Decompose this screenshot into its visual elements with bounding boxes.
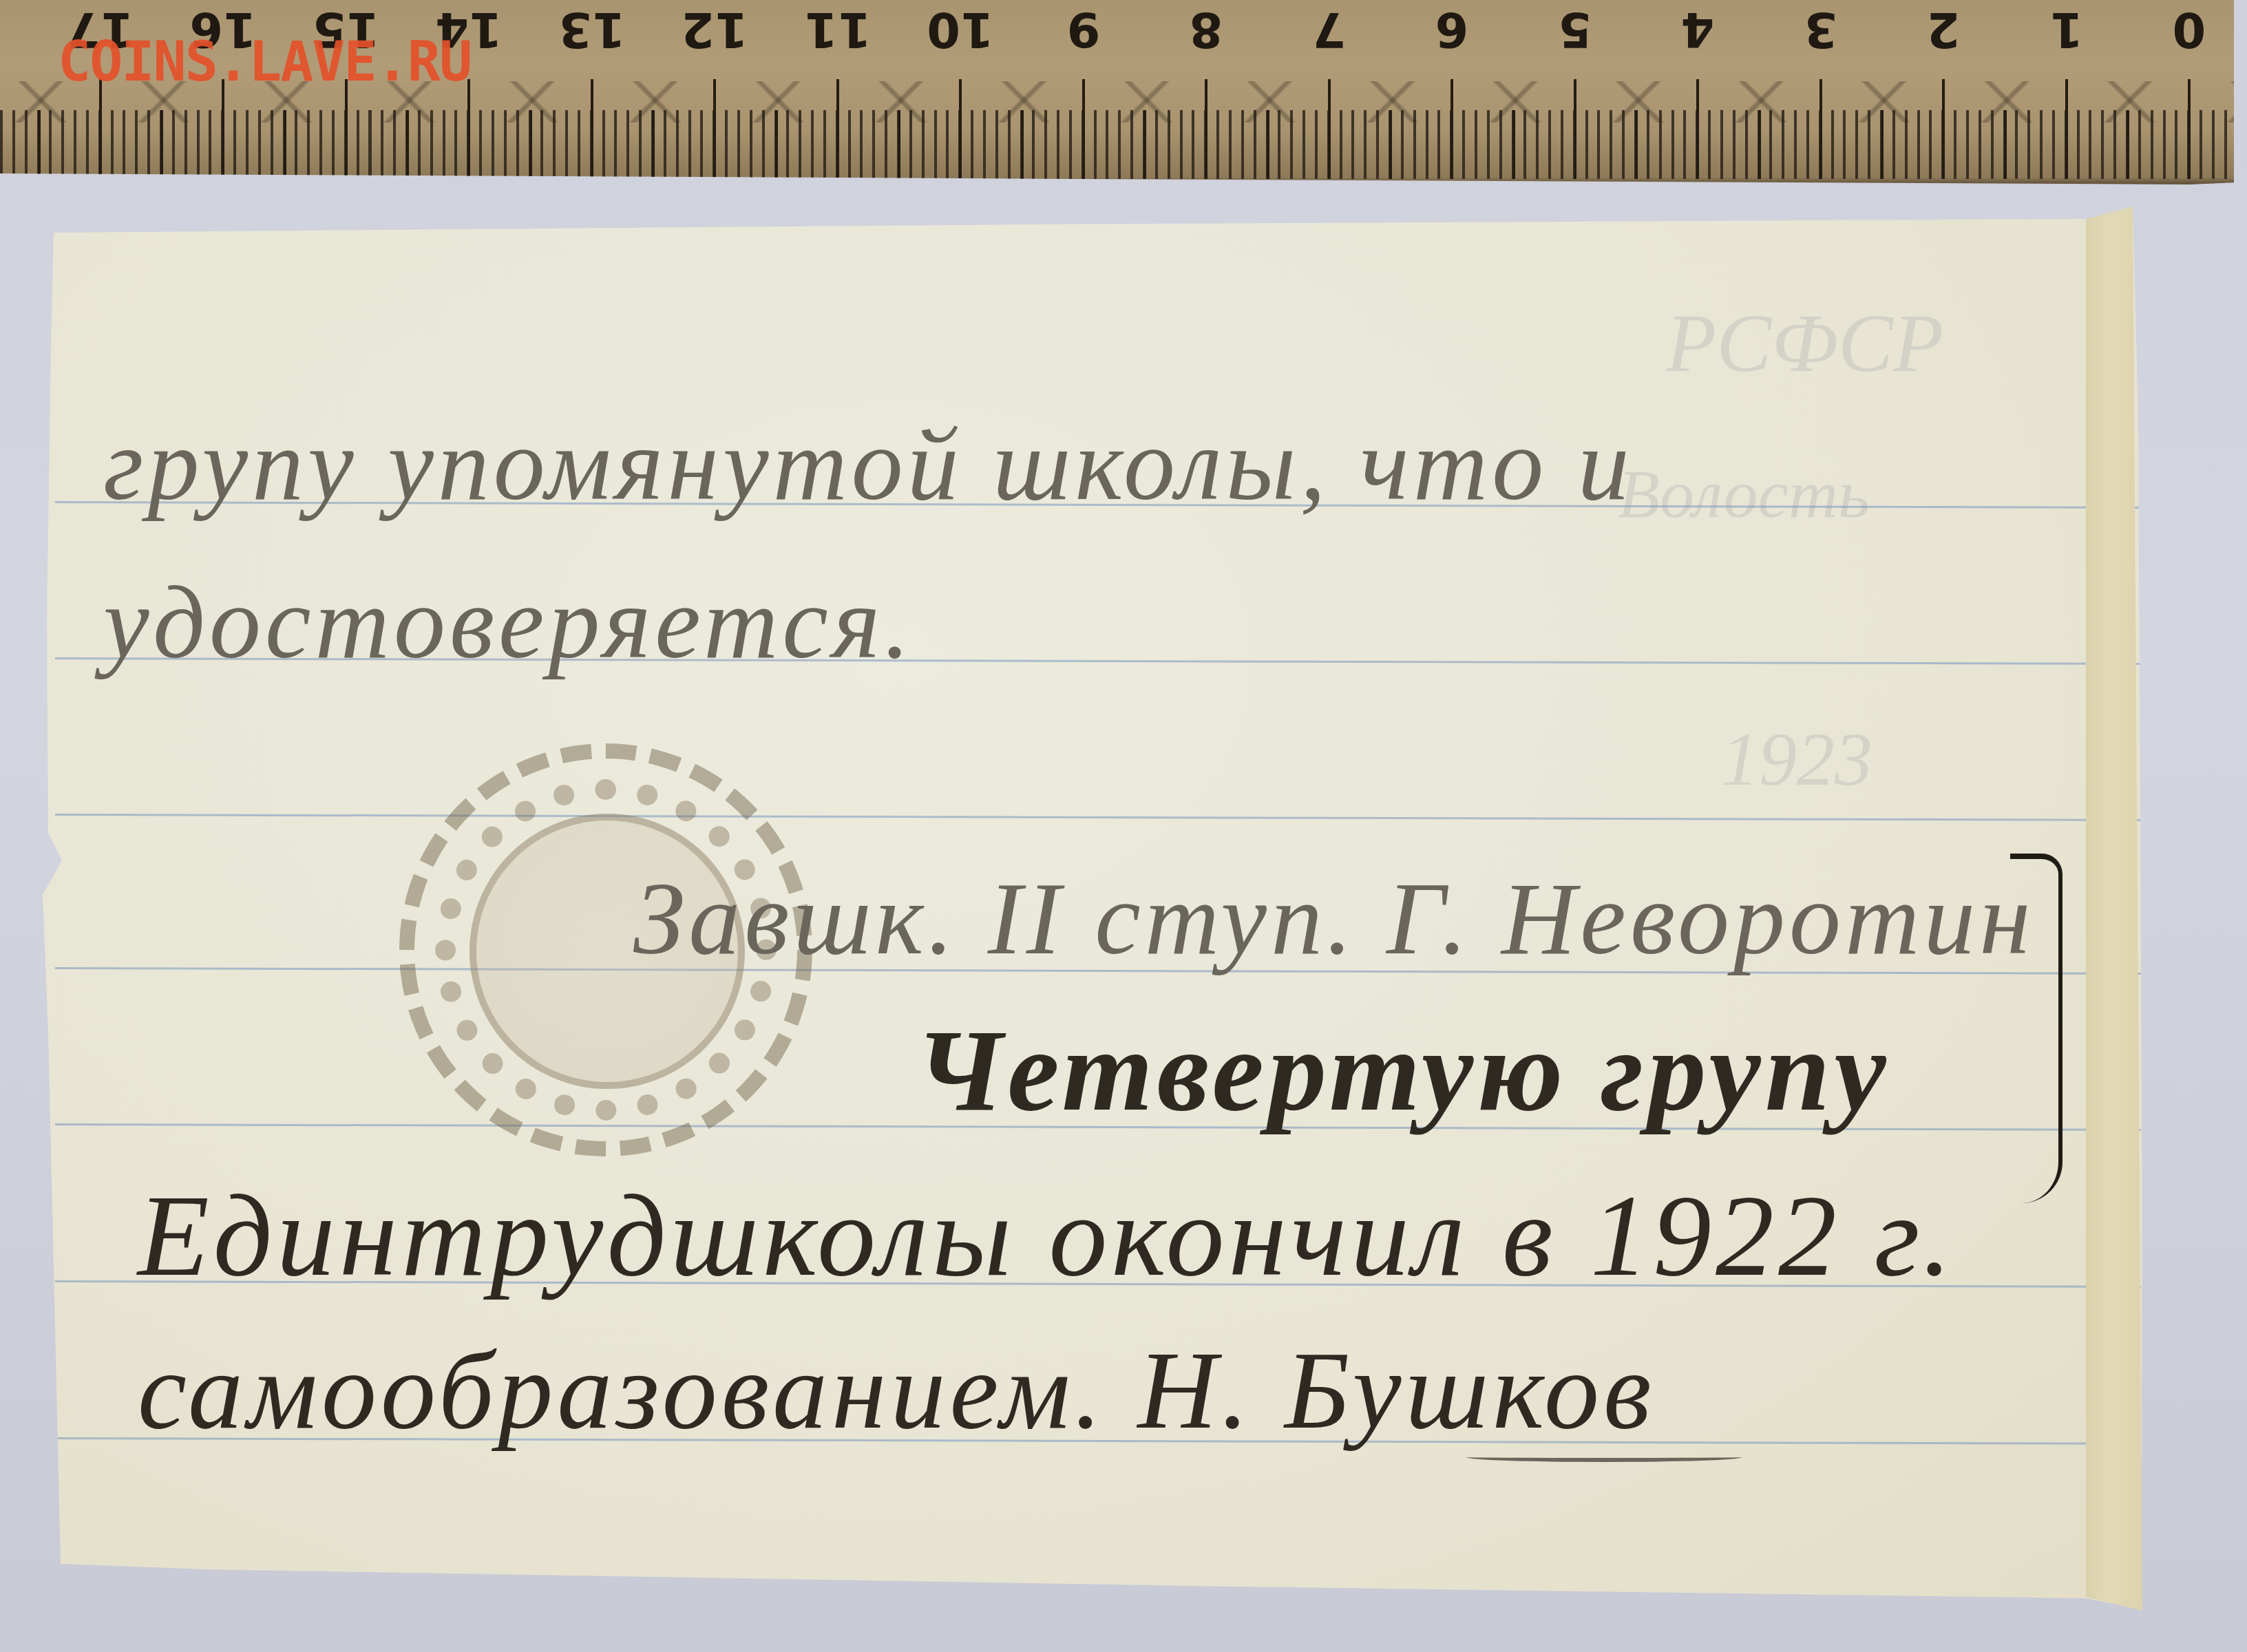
ruler-number: 6 bbox=[1417, 6, 1486, 54]
handwritten-line-5: Единтрудшколы окончил в 1922 г. bbox=[138, 1177, 1956, 1294]
ruled-line bbox=[55, 814, 2141, 821]
ruler-number: 13 bbox=[558, 6, 626, 54]
ruler-half-tick bbox=[406, 110, 409, 179]
ruler-number: 1 bbox=[2032, 6, 2101, 54]
ruler-half-tick bbox=[775, 110, 778, 179]
ruler-half-tick bbox=[2004, 110, 2007, 179]
ruler-half-tick bbox=[1758, 110, 1761, 179]
ruler-half-tick bbox=[1267, 110, 1269, 179]
ruler-number: 0 bbox=[2155, 6, 2224, 54]
ruler-major-tick bbox=[1082, 79, 1085, 179]
ruler-half-tick bbox=[1021, 110, 1024, 179]
ruler-major-tick bbox=[1819, 79, 1822, 179]
ruler-major-tick bbox=[2188, 79, 2191, 179]
ruler-number: 3 bbox=[1786, 6, 1855, 54]
ruler-major-tick bbox=[2065, 79, 2068, 179]
ruler-number: 7 bbox=[1295, 6, 1364, 54]
ruler-half-tick bbox=[38, 110, 41, 179]
ruler-major-tick bbox=[713, 79, 716, 179]
ruler-major-tick bbox=[1328, 79, 1331, 179]
ruler-half-tick bbox=[1512, 110, 1515, 179]
handwritten-line-2: удостоверяется. bbox=[103, 571, 914, 675]
ruler-half-tick bbox=[2127, 110, 2129, 179]
ruler-number: 8 bbox=[1172, 6, 1241, 54]
ruler-major-tick bbox=[1942, 79, 1945, 179]
paper-fold-edge bbox=[2086, 206, 2142, 1611]
ruler-number: 2 bbox=[1909, 6, 1978, 54]
handwritten-line-1: групу упомянутой школы, что и bbox=[103, 413, 1634, 516]
bleed-through-text: 1923 bbox=[1721, 716, 1873, 803]
ruler-number: 10 bbox=[926, 6, 995, 54]
ruler-number: 4 bbox=[1663, 6, 1732, 54]
ruler-number: 5 bbox=[1541, 6, 1610, 54]
signature-underline bbox=[1466, 1452, 1742, 1462]
ruler-major-tick bbox=[99, 79, 102, 179]
ruler-major-tick bbox=[1696, 79, 1699, 179]
ruler-major-tick bbox=[1205, 79, 1207, 179]
ruler-half-tick bbox=[1881, 110, 1884, 179]
signature-line-director: Завшк. II ступ. Г. Неворотин bbox=[633, 867, 2035, 971]
ruler-number: 11 bbox=[803, 6, 872, 54]
signature-flourish bbox=[2010, 854, 2063, 1203]
ruler-major-tick bbox=[467, 79, 470, 179]
ruler-major-tick bbox=[959, 79, 962, 179]
ruler-half-tick bbox=[898, 110, 900, 179]
ruler-half-tick bbox=[160, 110, 163, 179]
ruler-major-tick bbox=[1574, 79, 1576, 179]
ruler-number: 9 bbox=[1049, 6, 1118, 54]
ruler-major-tick bbox=[345, 79, 348, 179]
handwritten-line-6: самообразованием. Н. Бушков bbox=[138, 1335, 1656, 1445]
ruler-half-tick bbox=[1635, 110, 1638, 179]
watermark: COINS.LAVE.RU bbox=[58, 34, 471, 89]
ruler-half-tick bbox=[652, 110, 655, 179]
ruler-half-tick bbox=[1143, 110, 1146, 179]
bleed-through-text: РСФСР bbox=[1666, 296, 1943, 391]
ruler-half-tick bbox=[529, 110, 532, 179]
paper-sheet: РСФСР Волость 1923 групу упомянутой школ… bbox=[0, 0, 2247, 1652]
ruler-major-tick bbox=[1450, 79, 1453, 179]
bleed-through-text: Волость bbox=[1618, 454, 1870, 533]
ruler-major-tick bbox=[591, 79, 593, 179]
ruler-major-tick bbox=[222, 79, 224, 179]
handwritten-line-4: Четвертую групу bbox=[916, 1012, 1890, 1129]
ruler-millimeter-ticks bbox=[0, 110, 2234, 179]
ruler-half-tick bbox=[284, 110, 286, 179]
ruler-major-tick bbox=[836, 79, 839, 179]
ruler-half-tick bbox=[1389, 110, 1392, 179]
ruler-number: 12 bbox=[680, 6, 749, 54]
